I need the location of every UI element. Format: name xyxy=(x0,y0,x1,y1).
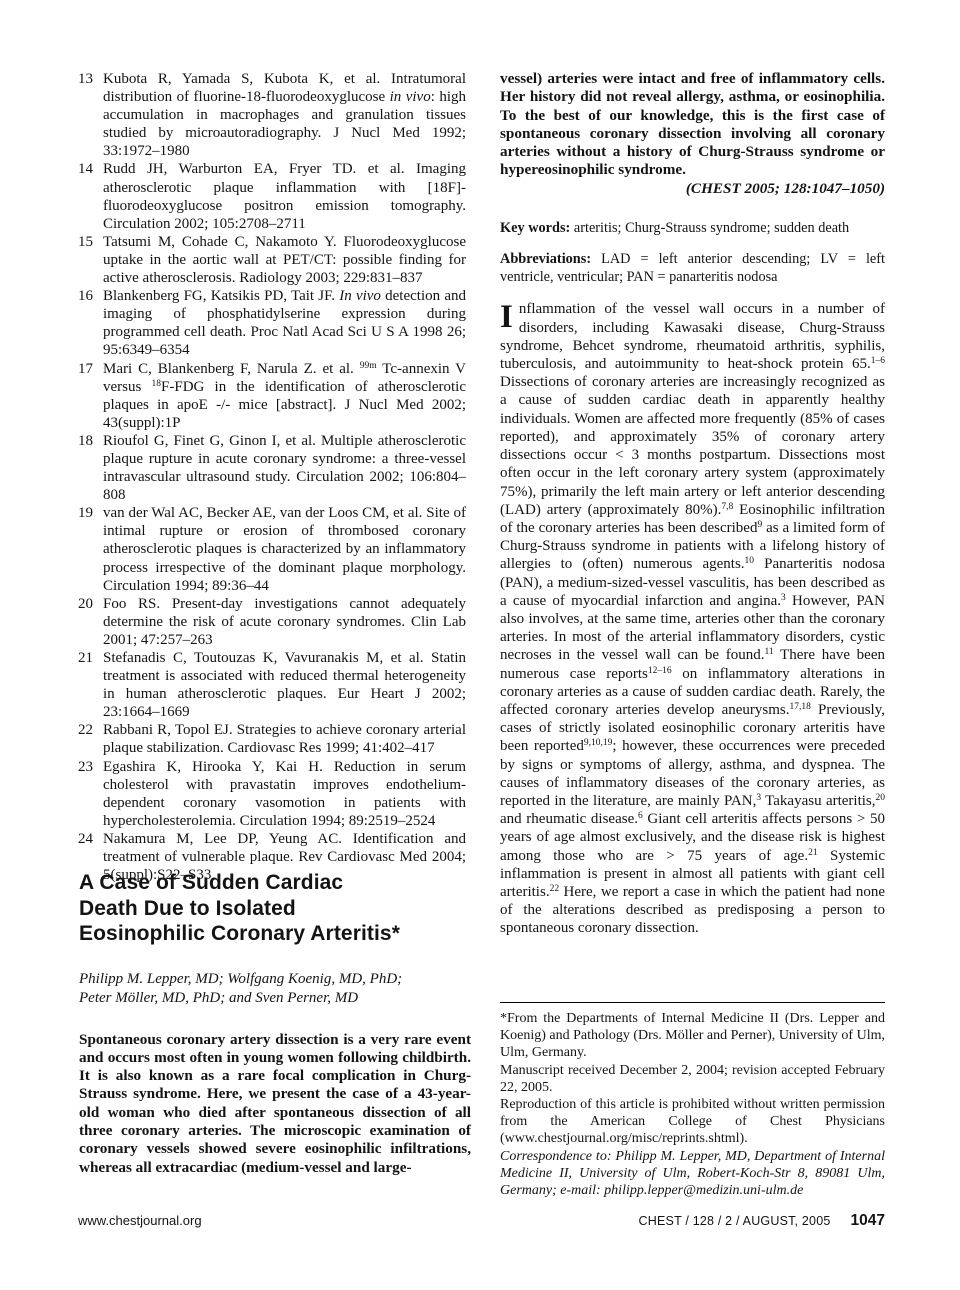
reference-item: 21 Stefanadis C, Toutouzas K, Vavuranaki… xyxy=(78,649,466,721)
right-column: vessel) arteries were intact and free of… xyxy=(500,70,885,938)
reference-text: Foo RS. Present-day investigations canno… xyxy=(103,595,466,649)
reference-number: 13 xyxy=(78,70,97,160)
keywords-line: Key words: arteritis; Churg-Strauss synd… xyxy=(500,220,885,238)
reference-number: 15 xyxy=(78,233,97,287)
abbreviations-label: Abbreviations: xyxy=(500,251,591,267)
footnote-text: Correspondence to: Philipp M. Lepper, MD… xyxy=(500,1148,885,1200)
reference-text: Kubota R, Yamada S, Kubota K, et al. Int… xyxy=(103,70,466,160)
reference-item: 19 van der Wal AC, Becker AE, van der Lo… xyxy=(78,504,466,594)
page-footer: www.chestjournal.org CHEST / 128 / 2 / A… xyxy=(78,1212,885,1230)
footnote-text: Manuscript received December 2, 2004; re… xyxy=(500,1062,885,1096)
footnote-text: Reproduction of this article is prohibit… xyxy=(500,1096,885,1148)
reference-item: 22 Rabbani R, Topol EJ. Strategies to ac… xyxy=(78,721,466,757)
journal-page: 13 Kubota R, Yamada S, Kubota K, et al. … xyxy=(0,0,960,1290)
intro-text: nflammation of the vessel wall occurs in… xyxy=(500,301,885,936)
reference-item: 13 Kubota R, Yamada S, Kubota K, et al. … xyxy=(78,70,466,160)
abstract-right: vessel) arteries were intact and free of… xyxy=(500,70,885,180)
reference-number: 23 xyxy=(78,758,97,830)
footnotes: *From the Departments of Internal Medici… xyxy=(500,1002,885,1199)
reference-number: 17 xyxy=(78,360,97,432)
reference-item: 15 Tatsumi M, Cohade C, Nakamoto Y. Fluo… xyxy=(78,233,466,287)
reference-text: Rabbani R, Topol EJ. Strategies to achie… xyxy=(103,721,466,757)
keywords-label: Key words: xyxy=(500,220,570,236)
footer-right-group: CHEST / 128 / 2 / AUGUST, 2005 1047 xyxy=(639,1212,885,1230)
reference-number: 20 xyxy=(78,595,97,649)
drop-cap: I xyxy=(500,300,519,331)
intro-paragraph: Inflammation of the vessel wall occurs i… xyxy=(500,300,885,937)
abbreviations-line: Abbreviations: LAD = left anterior desce… xyxy=(500,251,885,287)
abstract-left: Spontaneous coronary artery dissection i… xyxy=(79,1031,471,1177)
reference-item: 16 Blankenberg FG, Katsikis PD, Tait JF.… xyxy=(78,287,466,359)
reference-text: Blankenberg FG, Katsikis PD, Tait JF. In… xyxy=(103,287,466,359)
article-title: A Case of Sudden Cardiac Death Due to Is… xyxy=(79,870,471,947)
footnote-divider xyxy=(500,1002,885,1003)
article-head: A Case of Sudden Cardiac Death Due to Is… xyxy=(79,870,471,1177)
reference-item: 14 Rudd JH, Warburton EA, Fryer TD. et a… xyxy=(78,160,466,232)
reference-text: Tatsumi M, Cohade C, Nakamoto Y. Fluorod… xyxy=(103,233,466,287)
reference-text: Mari C, Blankenberg F, Narula Z. et al. … xyxy=(103,360,466,432)
reference-text: Rudd JH, Warburton EA, Fryer TD. et al. … xyxy=(103,160,466,232)
footer-page-number: 1047 xyxy=(851,1212,885,1230)
reference-number: 19 xyxy=(78,504,97,594)
left-column: 13 Kubota R, Yamada S, Kubota K, et al. … xyxy=(78,70,466,884)
reference-text: Stefanadis C, Toutouzas K, Vavuranakis M… xyxy=(103,649,466,721)
reference-item: 23 Egashira K, Hirooka Y, Kai H. Reducti… xyxy=(78,758,466,830)
citation-line: (CHEST 2005; 128:1047–1050) xyxy=(500,180,885,198)
reference-text: Rioufol G, Finet G, Ginon I, et al. Mult… xyxy=(103,432,466,504)
reference-item: 18 Rioufol G, Finet G, Ginon I, et al. M… xyxy=(78,432,466,504)
reference-number: 21 xyxy=(78,649,97,721)
author-line: Philipp M. Lepper, MD; Wolfgang Koenig, … xyxy=(79,970,471,1009)
reference-number: 18 xyxy=(78,432,97,504)
footer-url: www.chestjournal.org xyxy=(78,1213,202,1228)
reference-text: van der Wal AC, Becker AE, van der Loos … xyxy=(103,504,466,594)
footer-journal-info: CHEST / 128 / 2 / AUGUST, 2005 xyxy=(639,1214,831,1228)
reference-number: 14 xyxy=(78,160,97,232)
reference-item: 17 Mari C, Blankenberg F, Narula Z. et a… xyxy=(78,360,466,432)
reference-number: 16 xyxy=(78,287,97,359)
reference-item: 20 Foo RS. Present-day investigations ca… xyxy=(78,595,466,649)
reference-text: Egashira K, Hirooka Y, Kai H. Reduction … xyxy=(103,758,466,830)
reference-number: 22 xyxy=(78,721,97,757)
footnote-text: *From the Departments of Internal Medici… xyxy=(500,1010,885,1062)
reference-list: 13 Kubota R, Yamada S, Kubota K, et al. … xyxy=(78,70,466,884)
keywords-text: arteritis; Churg-Strauss syndrome; sudde… xyxy=(570,220,849,236)
